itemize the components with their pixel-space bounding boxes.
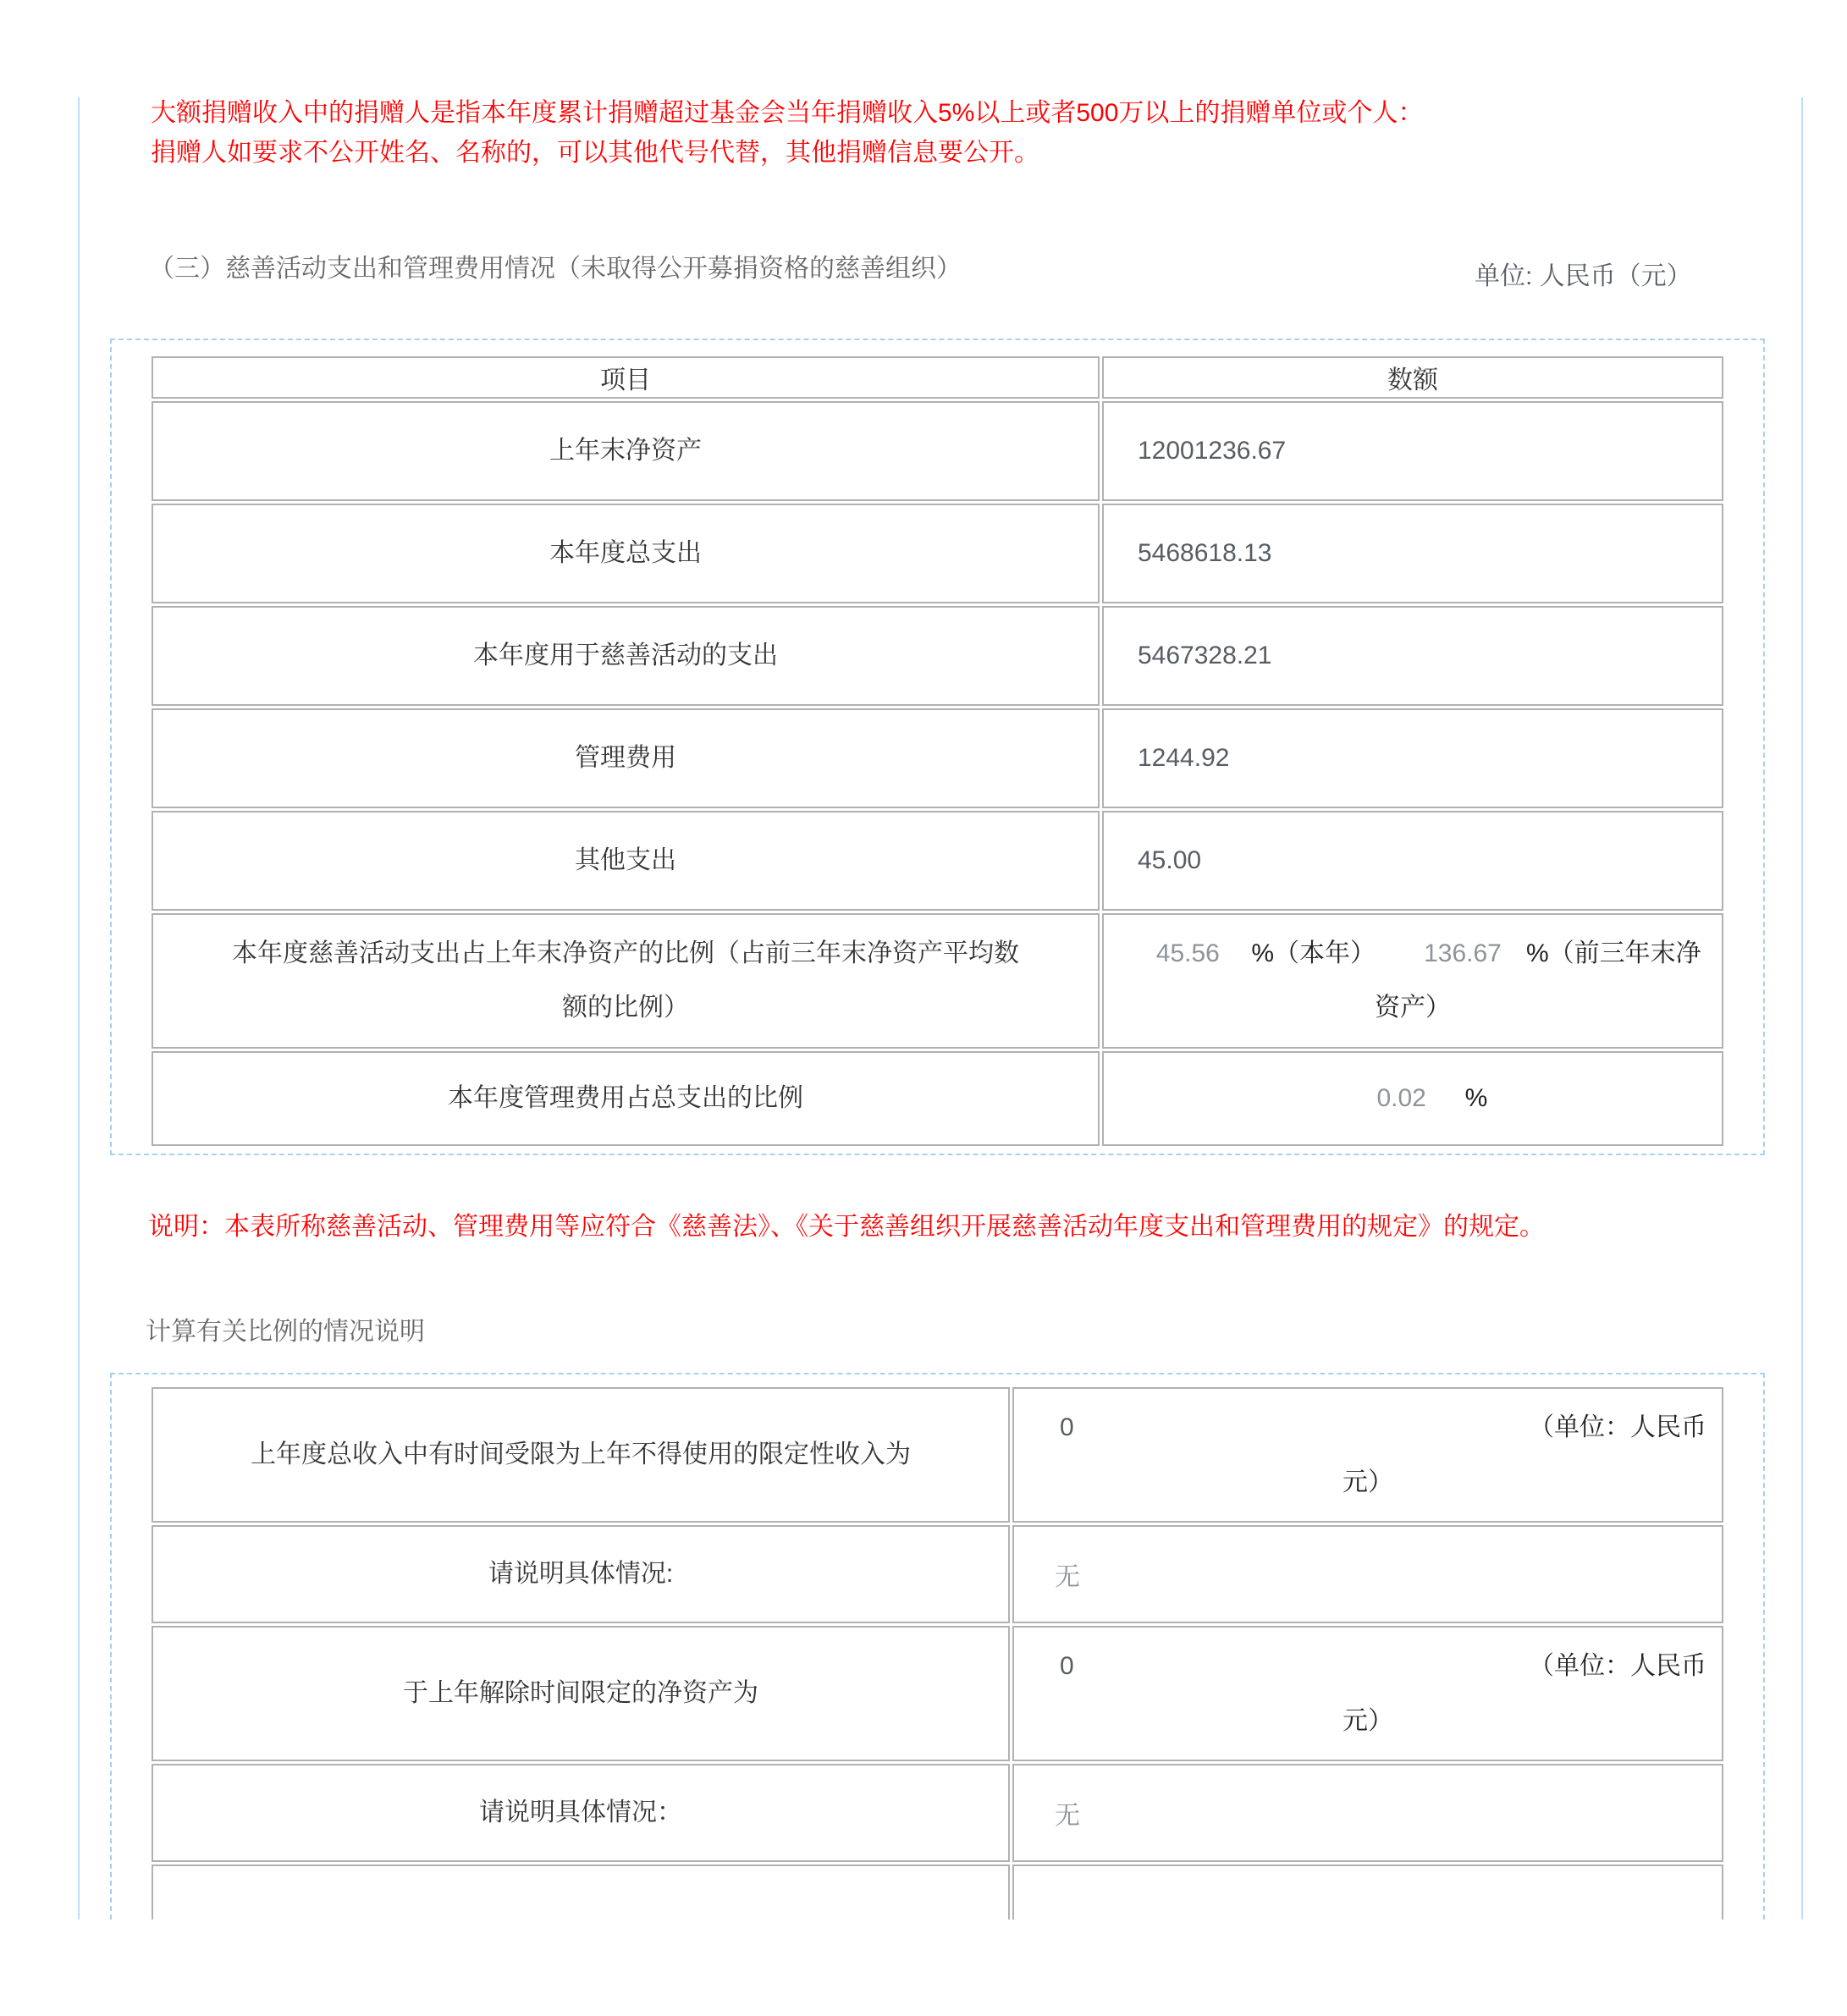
table-row-mgmt-ratio: 本年度管理费用占总支出的比例 0.02%: [152, 1051, 1723, 1146]
donor-disclosure-note-line1: 大额捐赠收入中的捐赠人是指本年度累计捐赠超过基金会当年捐赠收入5%以上或者500…: [151, 93, 1751, 133]
row-value-truncated: [1012, 1865, 1723, 1920]
row-label-mgmt-ratio: 本年度管理费用占总支出的比例: [152, 1051, 1100, 1146]
ratio-explanation-panel: 上年度总收入中有时间受限为上年不得使用的限定性收入为 0（单位：人民币元） 请说…: [110, 1373, 1765, 1920]
annual-report-page: { "colors": { "note_red": "#ff0000", "pa…: [0, 0, 1847, 2016]
row-value-charity-ratio: 45.56%（本年）136.67%（前三年末净资产）: [1102, 913, 1723, 1049]
row-value-mgmt-ratio: 0.02%: [1102, 1051, 1723, 1146]
row-value-prev-year-net-assets: 12001236.67: [1102, 401, 1723, 501]
row-value-detail-1: 无: [1012, 1525, 1723, 1623]
restricted-income-value: 0: [1029, 1400, 1529, 1455]
table-row: 本年度总支出 5468618.13: [152, 504, 1723, 603]
row-label-detail-1: 请说明具体情况:: [152, 1525, 1010, 1623]
donor-disclosure-note: 大额捐赠收入中的捐赠人是指本年度累计捐赠超过基金会当年捐赠收入5%以上或者500…: [151, 93, 1751, 173]
table-row: 管理费用 1244.92: [152, 708, 1723, 808]
row-label-charity-ratio: 本年度慈善活动支出占上年末净资产的比例（占前三年末净资产平均数额的比例）: [152, 913, 1100, 1049]
table-row-truncated: [152, 1865, 1723, 1920]
row-label-other-expense: 其他支出: [152, 811, 1100, 911]
table-row-released-net-assets: 于上年解除时间限定的净资产为 0（单位：人民币元）: [152, 1626, 1723, 1761]
row-value-total-expense: 5468618.13: [1102, 504, 1723, 603]
mgmt-ratio-value: 0.02: [1338, 1071, 1465, 1126]
ratio-three-year-value: 136.67: [1399, 927, 1526, 981]
table-row: 其他支出 45.00: [152, 811, 1723, 911]
table-row-detail-2: 请说明具体情况： 无: [152, 1764, 1723, 1862]
row-label-detail-2: 请说明具体情况：: [152, 1764, 1010, 1862]
col-header-amount: 数额: [1102, 356, 1723, 399]
row-value-charity-expense: 5467328.21: [1102, 606, 1723, 706]
table-row-detail-1: 请说明具体情况: 无: [152, 1525, 1723, 1623]
table-row-restricted-income: 上年度总收入中有时间受限为上年不得使用的限定性收入为 0（单位：人民币元）: [152, 1387, 1723, 1523]
ratio-explanation-table: 上年度总收入中有时间受限为上年不得使用的限定性收入为 0（单位：人民币元） 请说…: [149, 1385, 1726, 1920]
released-net-assets-value: 0: [1029, 1639, 1529, 1694]
table-row-ratio: 本年度慈善活动支出占上年末净资产的比例（占前三年末净资产平均数额的比例） 45.…: [152, 913, 1723, 1049]
table-header-row: 项目 数额: [152, 356, 1723, 399]
expense-table-panel: 项目 数额 上年末净资产 12001236.67 本年度总支出 5468618.…: [110, 339, 1765, 1155]
donor-disclosure-note-line2: 捐赠人如要求不公开姓名、名称的，可以其他代号代替，其他捐赠信息要公开。: [151, 133, 1751, 173]
row-value-released-net-assets: 0（单位：人民币元）: [1012, 1626, 1723, 1761]
section-title: （三）慈善活动支出和管理费用情况（未取得公开募捐资格的慈善组织）: [149, 247, 962, 284]
row-label-truncated: [152, 1865, 1010, 1920]
col-header-item: 项目: [152, 356, 1100, 399]
row-label-restricted-income: 上年度总收入中有时间受限为上年不得使用的限定性收入为: [152, 1387, 1010, 1523]
table-row: 本年度用于慈善活动的支出 5467328.21: [152, 606, 1723, 706]
row-label-prev-year-net-assets: 上年末净资产: [152, 401, 1100, 501]
ratio-current-year-suffix: %（本年）: [1251, 939, 1376, 967]
ratio-current-year-value: 45.56: [1124, 927, 1251, 981]
row-label-mgmt-fee: 管理费用: [152, 708, 1100, 808]
row-value-other-expense: 45.00: [1102, 811, 1723, 911]
row-label-total-expense: 本年度总支出: [152, 504, 1100, 603]
row-value-restricted-income: 0（单位：人民币元）: [1012, 1387, 1723, 1523]
currency-unit-label: 单位: 人民币（元）: [1475, 255, 1692, 292]
row-value-mgmt-fee: 1244.92: [1102, 708, 1723, 808]
row-value-detail-2: 无: [1012, 1764, 1723, 1862]
row-label-released-net-assets: 于上年解除时间限定的净资产为: [152, 1626, 1010, 1761]
ratio-explanation-title: 计算有关比例的情况说明: [146, 1310, 425, 1347]
compliance-note: 说明：本表所称慈善活动、管理费用等应符合《慈善法》、《关于慈善组织开展慈善活动年…: [148, 1209, 1816, 1246]
mgmt-ratio-suffix: %: [1465, 1084, 1488, 1112]
row-label-charity-expense: 本年度用于慈善活动的支出: [152, 606, 1100, 706]
expense-table: 项目 数额 上年末净资产 12001236.67 本年度总支出 5468618.…: [149, 354, 1726, 1148]
table-row: 上年末净资产 12001236.67: [152, 401, 1723, 501]
